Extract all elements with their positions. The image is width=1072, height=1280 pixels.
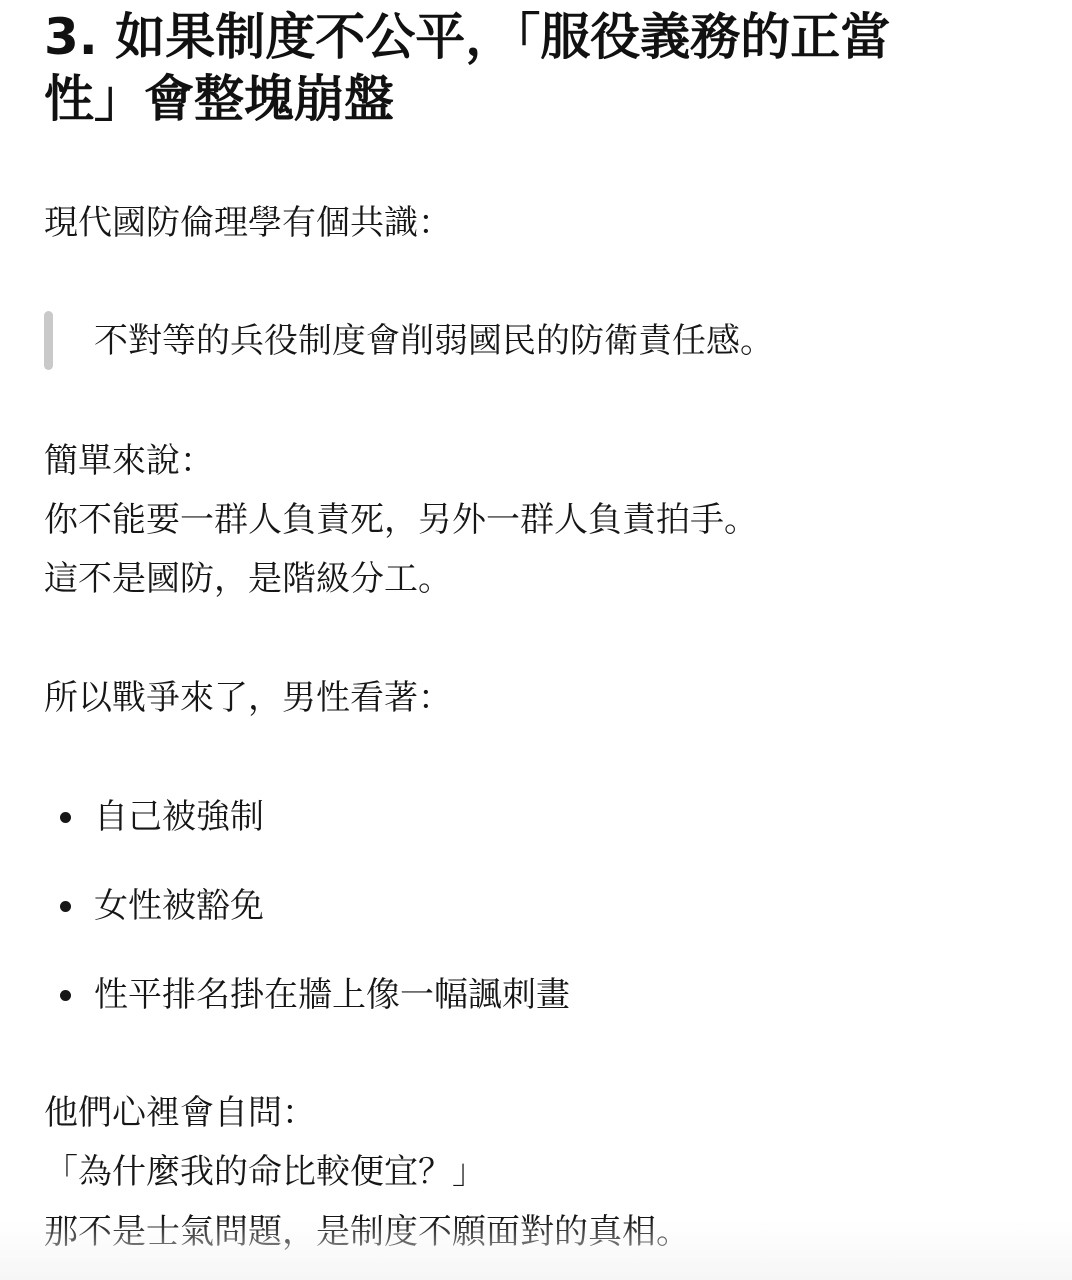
list-item-text: 性平排名掛在牆上像一幅諷刺畫 xyxy=(94,966,570,1024)
simply-line-1: 你不能要一群人負責死，另外一群人負責拍手。 xyxy=(44,491,758,549)
list-item: 性平排名掛在牆上像一幅諷刺畫 xyxy=(60,966,570,1024)
intro-paragraph: 現代國防倫理學有個共識： xyxy=(44,194,452,252)
section-heading: 3. 如果制度不公平，「服役義務的正當 性」會整塊崩盤 xyxy=(44,6,1044,130)
bullet-dot-icon xyxy=(60,812,71,823)
simply-label: 簡單來說： xyxy=(44,432,214,490)
closing-line-1: 他們心裡會自問： xyxy=(44,1084,316,1142)
blockquote-text: 不對等的兵役制度會削弱國民的防衛責任感。 xyxy=(94,312,774,370)
list-item-text: 女性被豁免 xyxy=(94,877,264,935)
bottom-fade xyxy=(0,1220,1072,1280)
article-page: 3. 如果制度不公平，「服役義務的正當 性」會整塊崩盤 現代國防倫理學有個共識：… xyxy=(0,0,1072,1280)
list-item-text: 自己被強制 xyxy=(94,788,264,846)
bullet-dot-icon xyxy=(60,901,71,912)
closing-line-2: 「為什麼我的命比較便宜？」 xyxy=(44,1143,486,1201)
list-item: 女性被豁免 xyxy=(60,877,264,935)
heading-line-1: 3. 如果制度不公平，「服役義務的正當 xyxy=(44,8,890,66)
blockquote-bar xyxy=(44,311,53,370)
bullet-dot-icon xyxy=(60,990,71,1001)
list-item: 自己被強制 xyxy=(60,788,264,846)
war-intro: 所以戰爭來了，男性看著： xyxy=(44,669,452,727)
simply-line-2: 這不是國防，是階級分工。 xyxy=(44,550,452,608)
heading-line-2: 性」會整塊崩盤 xyxy=(44,70,394,128)
